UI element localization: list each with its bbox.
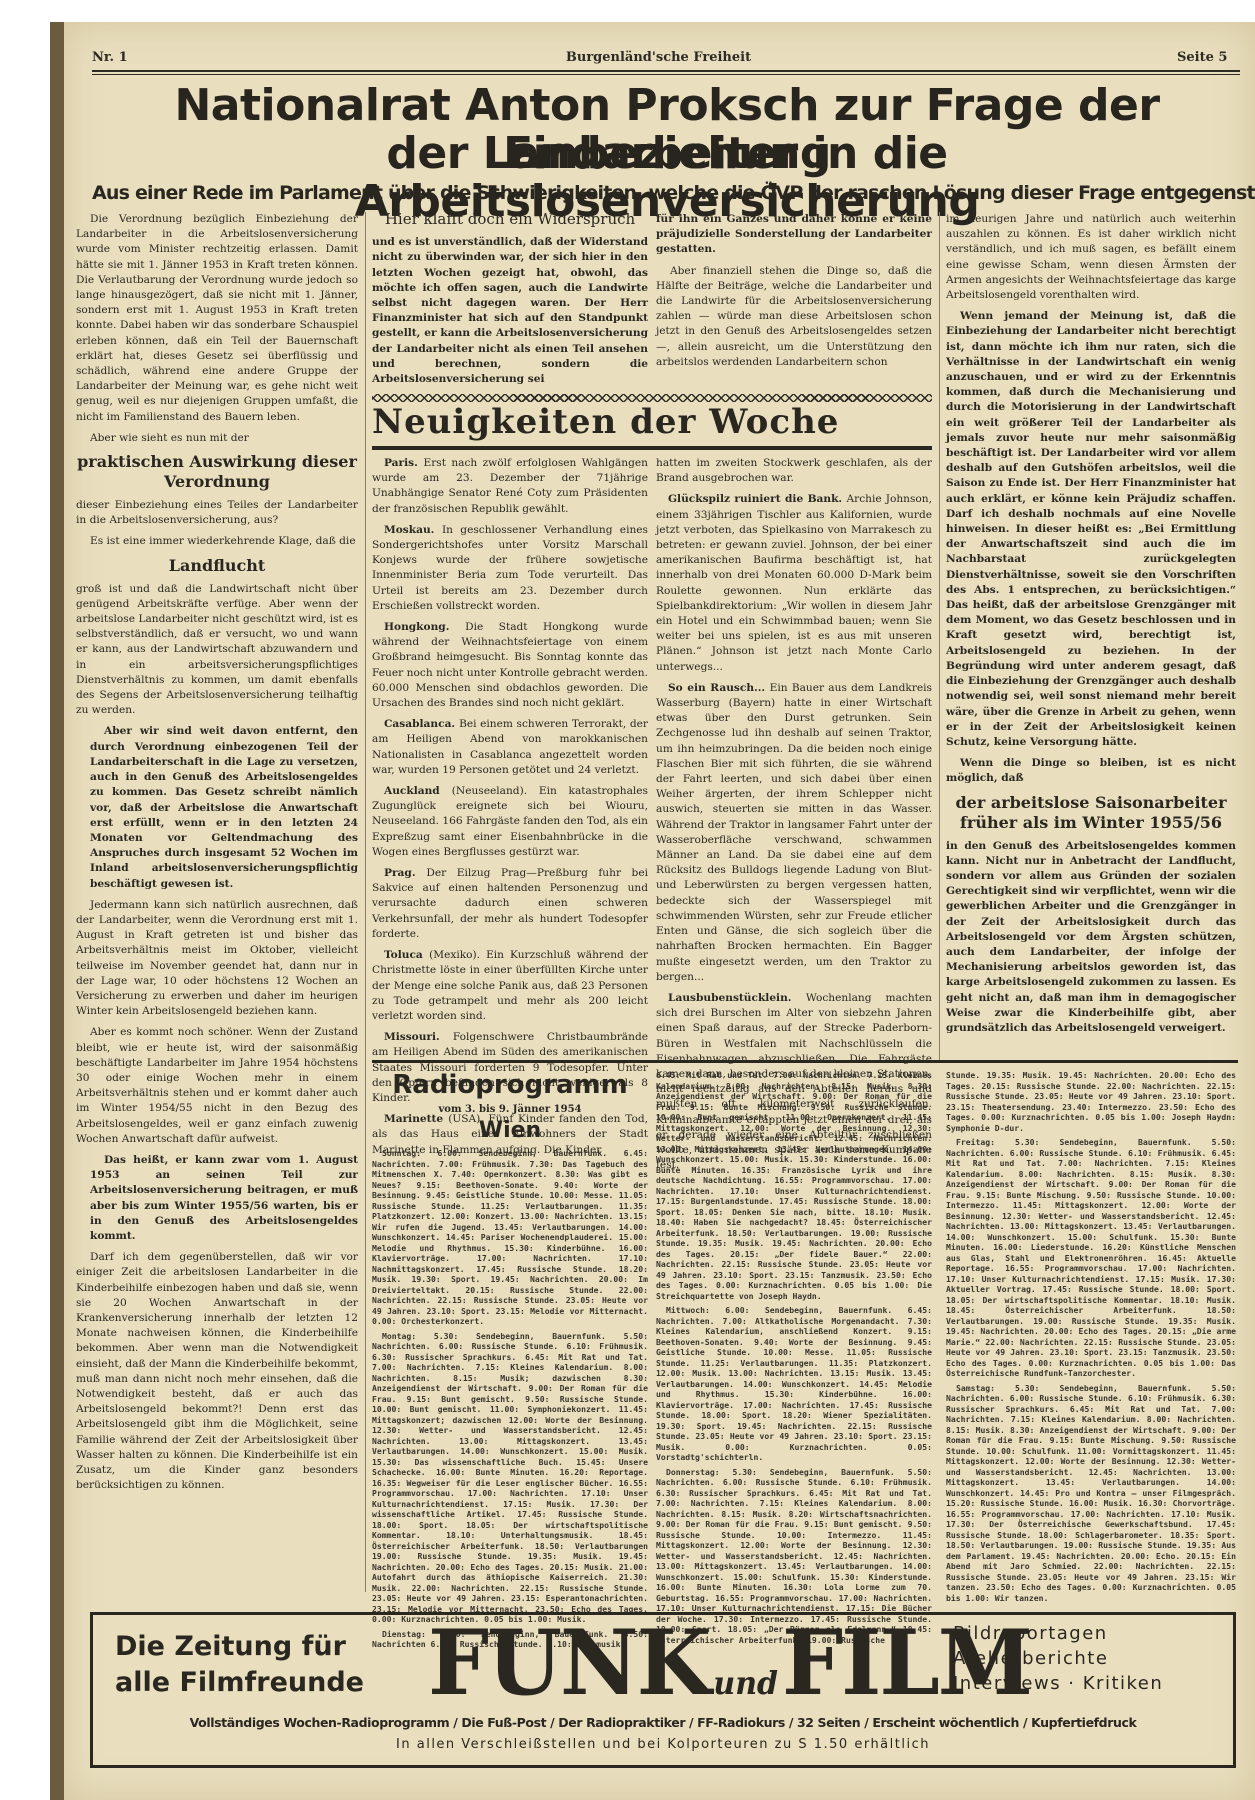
- ad-brand-und: und: [713, 1666, 778, 1703]
- news-item-label: Prag.: [384, 867, 426, 879]
- ad-feature: Interviews · Kritiken: [953, 1671, 1163, 1696]
- zigzag-divider: [372, 394, 932, 402]
- news-item-label: Hongkong.: [384, 621, 465, 633]
- news-item-label: Toluca: [384, 949, 429, 961]
- paragraph: Jedermann kann sich natürlich ausrechnen…: [76, 898, 358, 1020]
- news-item: Paris. Erst nach zwölf erfolglosen Wahlg…: [372, 456, 648, 517]
- radio-day-text: 5.30: Sendebeginn, Bauernfunk. 5.50: Nac…: [372, 1331, 648, 1625]
- radio-day-label: Sonntag:: [382, 1148, 438, 1158]
- newspaper-page: Nr. 1 Burgenländ'sche Freiheit Seite 5 N…: [62, 22, 1255, 1800]
- subhead-praktischen-auswirkung: praktischen Auswirkung dieser Verordnung: [76, 452, 358, 492]
- news-item-label: Paris.: [384, 457, 423, 469]
- radio-day-label: Mittwoch:: [666, 1305, 725, 1315]
- news-item: Glückspilz ruiniert die Bank. Archie Joh…: [656, 492, 932, 674]
- subhead-saisonarbeiter: der arbeitslose Saisonarbeiter früher al…: [946, 793, 1236, 833]
- column-divider: [365, 212, 366, 1592]
- page-number: Seite 5: [1177, 50, 1227, 65]
- paragraph: Aber wie sieht es nun mit der: [76, 431, 358, 446]
- paragraph-bold: in den Genuß des Arbeitslosengeldes komm…: [946, 839, 1236, 1037]
- funk-und-film-advertisement: Die Zeitung für alle Filmfreunde FUNKund…: [90, 1612, 1236, 1768]
- paragraph: Die Verordnung bezüglich Einbeziehung de…: [76, 212, 358, 425]
- paragraph: Aber es kommt noch schöner. Wenn der Zus…: [76, 1025, 358, 1147]
- news-item-label: Lausbubenstücklein.: [668, 992, 806, 1004]
- subheadline: Aus einer Rede im Parlament über die Sch…: [92, 182, 1242, 204]
- radio-day-label: Freitag:: [956, 1137, 1015, 1147]
- article-column-1: Die Verordnung bezüglich Einbeziehung de…: [76, 212, 358, 1499]
- radio-column-3: Stunde. 19.35: Musik. 19.45: Nachrichten…: [946, 1070, 1236, 1607]
- radio-day: Freitag: 5.30: Sendebeginn, Bauernfunk. …: [946, 1137, 1236, 1379]
- news-section-title: Neuigkeiten der Woche: [372, 402, 839, 442]
- radio-top-rule: [372, 1060, 1238, 1063]
- radio-day: Montag: 5.30: Sendebeginn, Bauernfunk. 5…: [372, 1331, 648, 1625]
- radio-column-2: 6.45: Mit Rat und Tat. 7.00: Nachrichten…: [656, 1070, 932, 1649]
- news-item: Moskau. In geschlossener Verhandlung ein…: [372, 523, 648, 614]
- news-item: Toluca (Mexiko). Ein Kurzschluß während …: [372, 948, 648, 1024]
- radio-day-text: 6.45: Mit Rat und Tat. 7.00: Nachrichten…: [656, 1070, 932, 1301]
- paragraph: Aber finanziell stehen die Dinge so, daß…: [656, 264, 932, 370]
- radio-day-text: 6.00: Sendebeginn, Bauernfunk. 6.45: Nac…: [372, 1148, 648, 1326]
- ad-features-list: Bildreportagen Atelierberichte Interview…: [953, 1621, 1163, 1696]
- paragraph: im heurigen Jahre und natürlich auch wei…: [946, 212, 1236, 303]
- news-item-text: Ein Bauer aus dem Landkreis Wasserburg (…: [656, 682, 932, 983]
- radio-day: Samstag: 5.30: Sendebeginn, Bauernfunk. …: [946, 1383, 1236, 1604]
- news-item: Casablanca. Bei einem schweren Terrorakt…: [372, 717, 648, 778]
- news-item: Auckland (Neuseeland). Ein katastrophale…: [372, 784, 648, 860]
- news-item-label: Auckland: [384, 785, 452, 797]
- news-item: So ein Rausch... Ein Bauer aus dem Landk…: [656, 681, 932, 985]
- paragraph: Darf ich dem gegenüberstellen, daß wir v…: [76, 1250, 358, 1493]
- masthead-rule: [92, 70, 1240, 72]
- ad-tagline: Die Zeitung für alle Filmfreunde: [115, 1629, 364, 1701]
- news-item-label: Casablanca.: [384, 718, 459, 730]
- radio-title: Radioprogramm: [372, 1070, 648, 1100]
- ad-tagline-line-1: Die Zeitung für: [115, 1629, 364, 1665]
- radio-day: Mittwoch: 6.00: Sendebeginn, Bauernfunk.…: [656, 1305, 932, 1463]
- news-item: hatten im zweiten Stockwerk geschlafen, …: [656, 456, 932, 486]
- news-item-label: So ein Rausch...: [668, 682, 770, 694]
- column-divider: [939, 212, 940, 1062]
- news-item-text: hatten im zweiten Stockwerk geschlafen, …: [656, 457, 932, 484]
- ad-contents-line: Vollständiges Wochen-Radioprogramm / Die…: [93, 1715, 1233, 1730]
- news-item-label: Moskau.: [384, 524, 442, 536]
- news-item-label: Glückspilz ruiniert die Bank.: [668, 493, 847, 505]
- newspaper-name: Burgenländ'sche Freiheit: [62, 50, 1255, 65]
- ad-brand-logo: FUNKundFILM: [428, 1618, 1031, 1729]
- masthead-rule-thin: [92, 74, 1240, 75]
- radio-day-label: Samstag:: [956, 1383, 1015, 1393]
- paragraph-bold: Das heißt, er kann zwar vom 1. August 19…: [90, 1153, 358, 1244]
- ad-feature: Atelierberichte: [953, 1646, 1163, 1671]
- article-column-4: im heurigen Jahre und natürlich auch wei…: [946, 212, 1236, 1042]
- paragraph: groß ist und daß die Landwirtschaft nich…: [76, 582, 358, 719]
- article-column-2: Hier klafft doch ein Widerspruch und es …: [372, 212, 648, 393]
- radio-city: Wien: [372, 1118, 648, 1143]
- news-item-text: Die Stadt Hongkong wurde während der Wei…: [372, 621, 648, 709]
- paragraph: und es ist unverständlich, daß der Wider…: [372, 235, 648, 387]
- radio-day-text: 6.00: Sendebeginn, Bauernfunk. 6.45: Nac…: [656, 1305, 932, 1462]
- paragraph-bold: Wenn jemand der Meinung ist, daß die Ein…: [946, 309, 1236, 750]
- radio-dates: vom 3. bis 9. Jänner 1954: [372, 1104, 648, 1115]
- news-item: Prag. Der Eilzug Prag—Preßburg fuhr bei …: [372, 866, 648, 942]
- paragraph-bold: Aber wir sind weit davon entfernt, den d…: [90, 724, 358, 891]
- news-item-text: In geschlossener Verhandlung eines Sonde…: [372, 524, 648, 612]
- radio-column-1: Sonntag: 6.00: Sendebeginn, Bauernfunk. …: [372, 1148, 648, 1654]
- news-item: Hongkong. Die Stadt Hongkong wurde währe…: [372, 620, 648, 711]
- news-item-label: Missouri.: [384, 1031, 453, 1043]
- ad-availability-line: In allen Verschleißstellen und bei Kolpo…: [93, 1737, 1233, 1752]
- paragraph: Es ist eine immer wiederkehrende Klage, …: [76, 534, 358, 549]
- subhead-widerspruch: Hier klafft doch ein Widerspruch: [372, 212, 648, 227]
- ad-brand-funk: FUNK: [428, 1610, 709, 1716]
- radio-day-text: 5.30: Sendebeginn, Bauernfunk. 5.50: Nac…: [946, 1137, 1236, 1378]
- news-column-1: Paris. Erst nach zwölf erfolglosen Wahlg…: [372, 456, 648, 1164]
- news-title-rule: [372, 446, 932, 450]
- paragraph-bold: Wenn die Dinge so bleiben, ist es nicht …: [946, 756, 1236, 786]
- radio-day: 6.45: Mit Rat und Tat. 7.00: Nachrichten…: [656, 1070, 932, 1301]
- radio-day-label: Donnerstag:: [666, 1467, 733, 1477]
- radio-day-text: 5.30: Sendebeginn, Bauernfunk. 5.50: Nac…: [946, 1383, 1236, 1603]
- radio-day-text: Stunde. 19.35: Musik. 19.45: Nachrichten…: [946, 1070, 1236, 1133]
- subhead-landflucht: Landflucht: [76, 556, 358, 576]
- radio-day-label: Montag:: [382, 1331, 434, 1341]
- ad-feature: Bildreportagen: [953, 1621, 1163, 1646]
- radio-day: Sonntag: 6.00: Sendebeginn, Bauernfunk. …: [372, 1148, 648, 1327]
- news-item-text: Archie Johnson, einem 33jährigen Tischle…: [656, 493, 932, 672]
- radio-day: Stunde. 19.35: Musik. 19.45: Nachrichten…: [946, 1070, 1236, 1133]
- paragraph: dieser Einbeziehung eines Teiles der Lan…: [76, 498, 358, 528]
- paragraph-bold: für ihn ein Ganzes und daher könne er ke…: [656, 212, 932, 258]
- ad-tagline-line-2: alle Filmfreunde: [115, 1665, 364, 1701]
- article-column-3: für ihn ein Ganzes und daher könne er ke…: [656, 212, 932, 376]
